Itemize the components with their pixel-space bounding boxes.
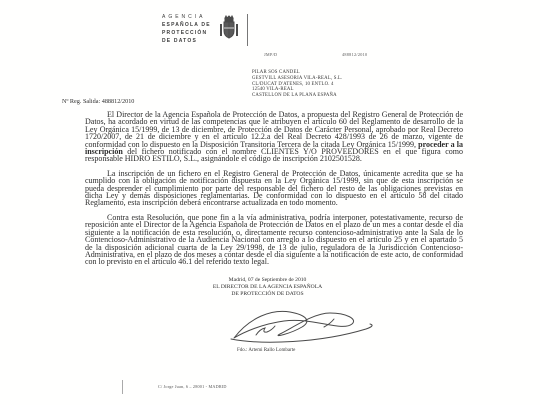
footer-fold-mark [122, 380, 123, 394]
signer-title-line: DE PROTECCIÓN DE DATOS [160, 291, 375, 298]
paragraph-resolution-tail: del fichero notificado con el nombre CLI… [85, 147, 463, 163]
logo-line: ESPAÑOLA DE [162, 21, 211, 29]
agency-logo-text: AGENCIA ESPAÑOLA DE PROTECCIÓN DE DATOS [162, 13, 211, 45]
logo-line: DE DATOS [162, 37, 211, 45]
closing-block: Madrid, 07 de Septiembre de 2010 EL DIRE… [160, 277, 375, 298]
paragraph-resolution: El Director de la Agencia Española de Pr… [85, 111, 463, 163]
paragraph-resolution-text: El Director de la Agencia Española de Pr… [85, 110, 463, 149]
signature-name-label: Fdo.: Artemi Rallo Lombarte [237, 348, 295, 353]
date-line: Madrid, 07 de Septiembre de 2010 [160, 277, 375, 284]
registry-out-number: Nº Reg. Salida: 488812/2010 [62, 98, 134, 105]
recipient-address-block: PILAR SOS CANDEL GESTVILL ASESORIA VILA-… [252, 70, 343, 99]
signer-title-line: EL DIRECTOR DE LA AGENCIA ESPAÑOLA [160, 284, 375, 291]
handwritten-signature-icon [228, 305, 383, 354]
recipient-line: GESTVILL ASESORIA VILA-REAL, S.L. [252, 76, 343, 82]
spanish-coat-of-arms-icon [219, 15, 239, 48]
letter-body: El Director de la Agencia Española de Pr… [85, 111, 463, 273]
scanned-letter-page: AGENCIA ESPAÑOLA DE PROTECCIÓN DE DATOS … [0, 0, 540, 405]
recipient-line: CASTELLON DE LA PLANA ESPAÑA [252, 93, 343, 99]
reference-code-right: 488812/2010 [342, 52, 367, 57]
letterhead-divider [247, 14, 248, 46]
logo-line: AGENCIA [162, 13, 211, 21]
reference-code-left: JMP/D [264, 52, 277, 57]
paragraph-appeals: Contra esta Resolución, que pone fin a l… [85, 214, 463, 266]
agency-letterhead: AGENCIA ESPAÑOLA DE PROTECCIÓN DE DATOS [162, 13, 248, 48]
footer-address: C/ Jorge Juan, 6 – 28001 - MADRID [158, 384, 227, 389]
logo-line: PROTECCIÓN [162, 29, 211, 37]
paragraph-obligations: La inscripción de un fichero en el Regis… [85, 170, 463, 207]
